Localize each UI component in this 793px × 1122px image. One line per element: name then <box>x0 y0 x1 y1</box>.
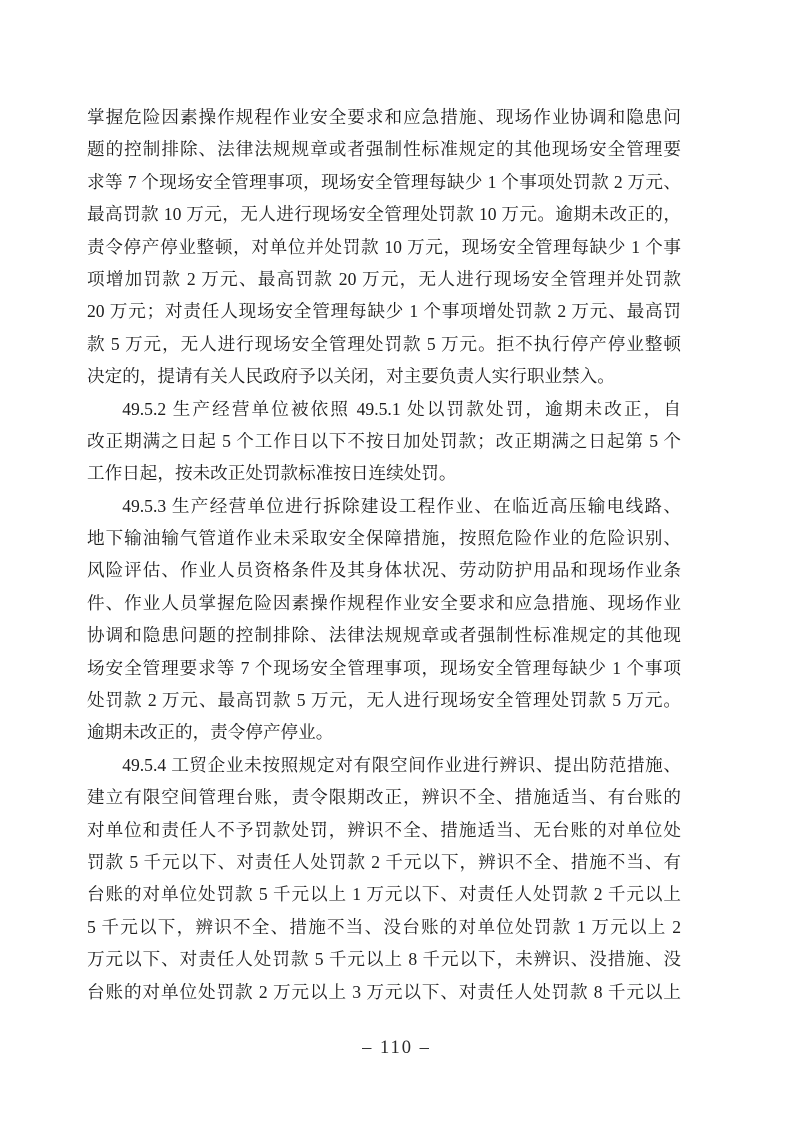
text-line: 台账的对单位处罚款 2 万元以上 3 万元以下、对责任人处罚款 8 千元以上 <box>87 976 681 1008</box>
text-line: 20 万元；对责任人现场安全管理每缺少 1 个事项增处罚款 2 万元、最高罚 <box>87 295 681 327</box>
text-line: 对单位和责任人不予罚款处罚，辨识不全、措施适当、无台账的对单位处 <box>87 814 681 846</box>
text-line: 处罚款 2 万元、最高罚款 5 万元，无人进行现场安全管理处罚款 5 万元。 <box>87 684 681 716</box>
text-line: 逾期未改正的，责令停产停业。 <box>87 716 681 748</box>
text-line: 工作日起，按未改正处罚款标准按日连续处罚。 <box>87 457 681 489</box>
section-heading-49-5-4: 49.5.4 工贸企业未按照规定对有限空间作业进行辨识、提出防范措施、 <box>87 749 681 781</box>
section-heading-49-5-2: 49.5.2 生产经营单位被依照 49.5.1 处以罚款处罚，逾期未改正，自 <box>87 393 681 425</box>
text-line: 项增加罚款 2 万元、最高罚款 20 万元，无人进行现场安全管理并处罚款 <box>87 263 681 295</box>
text-line: 款 5 万元，无人进行现场安全管理处罚款 5 万元。拒不执行停产停业整顿 <box>87 328 681 360</box>
document-page: 掌握危险因素操作规程作业安全要求和应急措施、现场作业协调和隐患问 题的控制排除、… <box>0 0 793 1122</box>
text-line: 台账的对单位处罚款 5 千元以上 1 万元以下、对责任人处罚款 2 千元以上 <box>87 878 681 910</box>
text-line: 最高罚款 10 万元，无人进行现场安全管理处罚款 10 万元。逾期未改正的， <box>87 198 681 230</box>
section-heading-49-5-3: 49.5.3 生产经营单位进行拆除建设工程作业、在临近高压输电线路、 <box>87 490 681 522</box>
text-line: 责令停产停业整顿，对单位并处罚款 10 万元，现场安全管理每缺少 1 个事 <box>87 231 681 263</box>
text-line: 地下输油输气管道作业未采取安全保障措施，按照危险作业的危险识别、 <box>87 522 681 554</box>
text-line: 建立有限空间管理台账，责令限期改正，辨识不全、措施适当、有台账的 <box>87 781 681 813</box>
text-line: 决定的，提请有关人民政府予以关闭，对主要负责人实行职业禁入。 <box>87 360 681 392</box>
page-number: – 110 – <box>0 1033 793 1063</box>
text-line: 协调和隐患问题的控制排除、法律法规规章或者强制性标准规定的其他现 <box>87 619 681 651</box>
text-line: 改正期满之日起 5 个工作日以下不按日加处罚款；改正期满之日起第 5 个 <box>87 425 681 457</box>
body-text-block: 掌握危险因素操作规程作业安全要求和应急措施、现场作业协调和隐患问 题的控制排除、… <box>87 101 681 1008</box>
text-line: 罚款 5 千元以下、对责任人处罚款 2 千元以下，辨识不全、措施不当、有 <box>87 846 681 878</box>
text-line: 掌握危险因素操作规程作业安全要求和应急措施、现场作业协调和隐患问 <box>87 101 681 133</box>
text-line: 5 千元以下，辨识不全、措施不当、没台账的对单位处罚款 1 万元以上 2 <box>87 911 681 943</box>
text-line: 场安全管理要求等 7 个现场安全管理事项，现场安全管理每缺少 1 个事项 <box>87 652 681 684</box>
text-line: 风险评估、作业人员资格条件及其身体状况、劳动防护用品和现场作业条 <box>87 554 681 586</box>
text-line: 求等 7 个现场安全管理事项，现场安全管理每缺少 1 个事项处罚款 2 万元、 <box>87 166 681 198</box>
text-line: 万元以下、对责任人处罚款 5 千元以上 8 千元以下，未辨识、没措施、没 <box>87 943 681 975</box>
text-line: 题的控制排除、法律法规规章或者强制性标准规定的其他现场安全管理要 <box>87 133 681 165</box>
text-line: 件、作业人员掌握危险因素操作规程作业安全要求和应急措施、现场作业 <box>87 587 681 619</box>
